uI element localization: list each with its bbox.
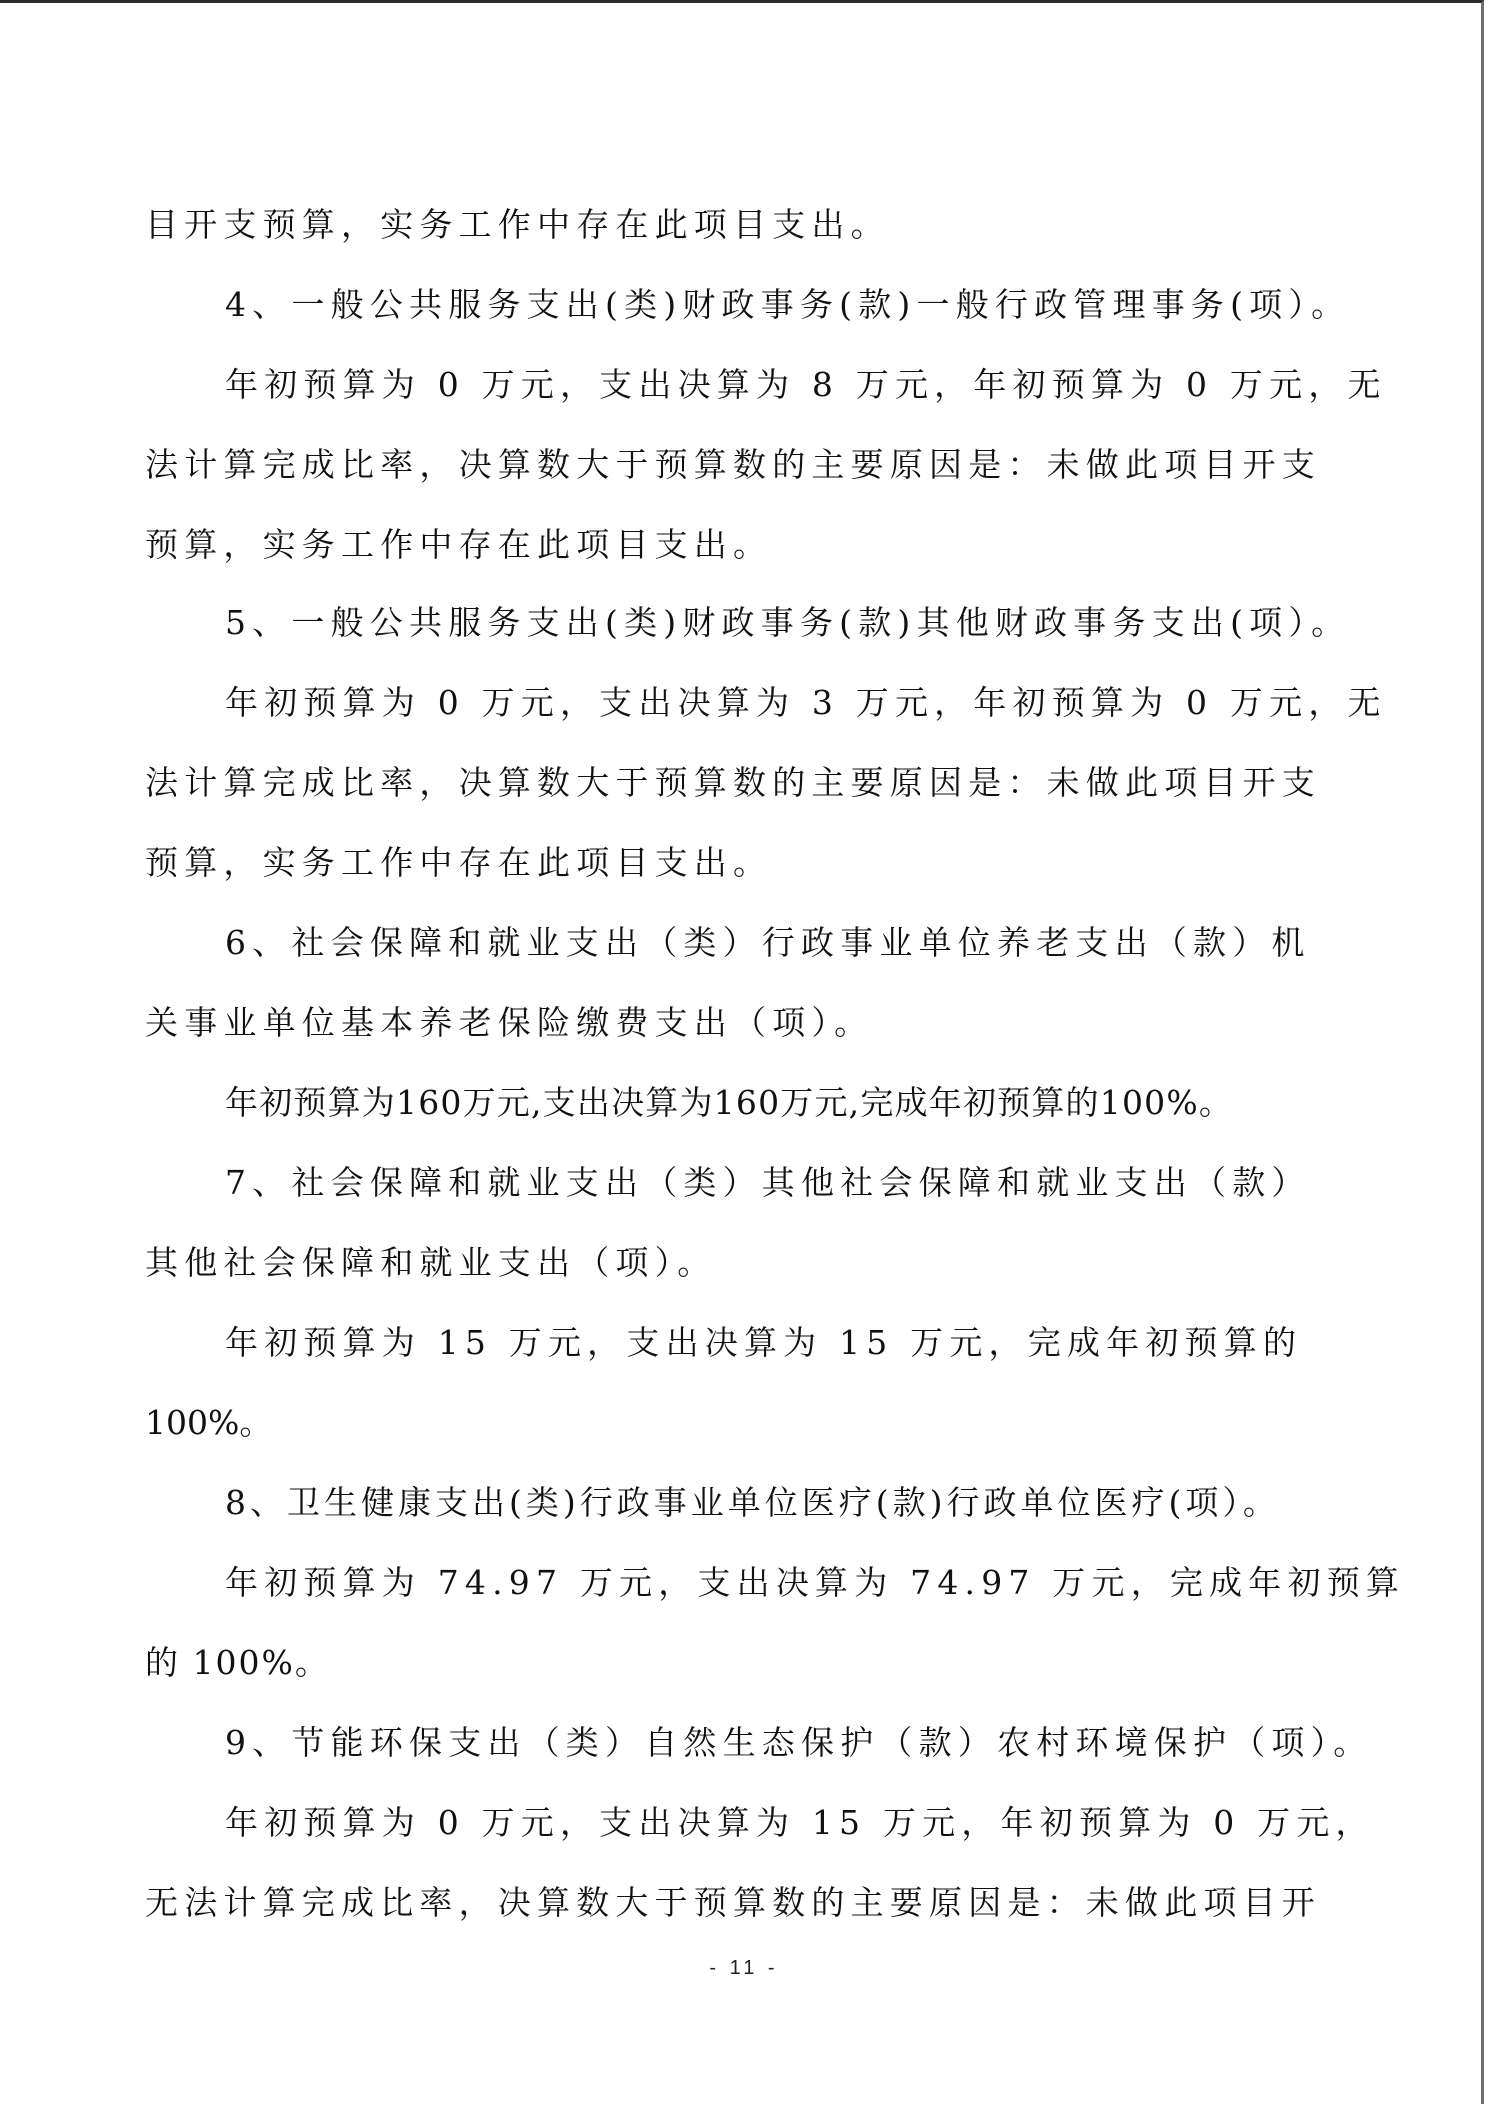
item-6-budget-line: 年初预算为160万元,支出决算为160万元,完成年初预算的100%。 bbox=[225, 1073, 1345, 1133]
item-7-heading: 7、社会保障和就业支出（类）其他社会保障和就业支出（款） bbox=[225, 1153, 1345, 1213]
document-page: 目开支预算，实务工作中存在此项目支出。 4、一般公共服务支出(类)财政事务(款)… bbox=[0, 0, 1484, 2104]
item-8-budget-line: 年初预算为 74.97 万元，支出决算为 74.97 万元，完成年初预算 bbox=[225, 1553, 1345, 1613]
item-5-budget-line: 年初预算为 0 万元，支出决算为 3 万元，年初预算为 0 万元，无 bbox=[225, 673, 1345, 733]
item-7-budget-line: 年初预算为 15 万元，支出决算为 15 万元，完成年初预算的 bbox=[225, 1313, 1345, 1373]
page-number: - 11 - bbox=[0, 1953, 1488, 1983]
item-9-heading: 9、节能环保支出（类）自然生态保护（款）农村环境保护（项）。 bbox=[225, 1713, 1345, 1773]
item-6-heading: 6、社会保障和就业支出（类）行政事业单位养老支出（款）机 bbox=[225, 913, 1345, 973]
item-7-heading-cont: 其他社会保障和就业支出（项）。 bbox=[145, 1233, 1345, 1293]
item-5-heading: 5、一般公共服务支出(类)财政事务(款)其他财政事务支出(项）。 bbox=[225, 593, 1345, 653]
paragraph-line: 目开支预算，实务工作中存在此项目支出。 bbox=[145, 195, 1345, 255]
item-8-budget-cont: 的 100%。 bbox=[145, 1633, 1345, 1693]
item-4-heading: 4、一般公共服务支出(类)财政事务(款)一般行政管理事务(项）。 bbox=[225, 275, 1345, 335]
item-9-reason-line: 无法计算完成比率，决算数大于预算数的主要原因是：未做此项目开 bbox=[145, 1873, 1345, 1933]
item-8-heading: 8、卫生健康支出(类)行政事业单位医疗(款)行政单位医疗(项）。 bbox=[225, 1473, 1345, 1533]
item-6-heading-cont: 关事业单位基本养老保险缴费支出（项）。 bbox=[145, 993, 1345, 1053]
item-5-reason-line: 预算，实务工作中存在此项目支出。 bbox=[145, 833, 1345, 893]
item-4-reason-line: 预算，实务工作中存在此项目支出。 bbox=[145, 515, 1345, 575]
item-5-reason-line: 法计算完成比率，决算数大于预算数的主要原因是：未做此项目开支 bbox=[145, 753, 1345, 813]
item-9-budget-line: 年初预算为 0 万元，支出决算为 15 万元，年初预算为 0 万元， bbox=[225, 1793, 1345, 1853]
item-4-reason-line: 法计算完成比率，决算数大于预算数的主要原因是：未做此项目开支 bbox=[145, 435, 1345, 495]
item-4-budget-line: 年初预算为 0 万元，支出决算为 8 万元，年初预算为 0 万元，无 bbox=[225, 355, 1345, 415]
item-7-budget-cont: 100%。 bbox=[145, 1393, 1345, 1453]
